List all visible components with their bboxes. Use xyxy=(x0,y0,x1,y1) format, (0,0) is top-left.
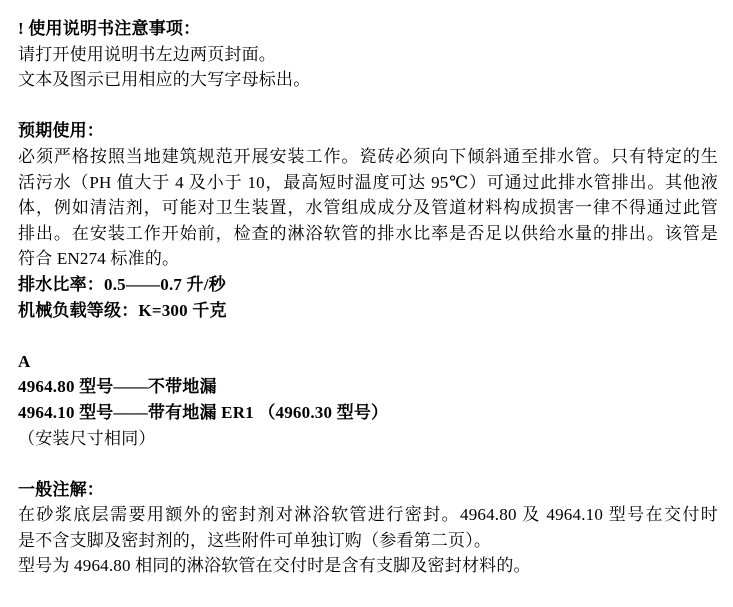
intended-use-heading: 预期使用： xyxy=(18,118,718,144)
spacer xyxy=(18,451,718,477)
intended-use-paragraph-line-4: 排出。在安装工作开始前，检查的淋浴软管的排水比率是否足以供给水量的排出。该管是 xyxy=(18,221,718,247)
general-notes-heading: 一般注解： xyxy=(18,477,718,503)
intended-use-paragraph-line-2: 活污水（PH 值大于 4 及小于 10，最高短时温度可达 95℃）可通过此排水管… xyxy=(18,170,718,196)
notice-heading: ! 使用说明书注意事项： xyxy=(18,16,718,42)
model-line-2: 4964.10 型号——带有地漏 ER1 （4960.30 型号） xyxy=(18,400,718,426)
load-class-line: 机械负载等级：K=300 千克 xyxy=(18,298,718,324)
intended-use-paragraph-line-5: 符合 EN274 标准的。 xyxy=(18,246,718,272)
spacer xyxy=(18,93,718,119)
general-notes-line-3: 型号为 4964.80 相同的淋浴软管在交付时是含有支脚及密封材料的。 xyxy=(18,553,718,579)
model-install-note: （安装尺寸相同） xyxy=(18,426,718,452)
general-notes-line-1: 在砂浆底层需要用额外的密封剂对淋浴软管进行密封。4964.80 及 4964.1… xyxy=(18,502,718,528)
intended-use-paragraph-line-3: 体，例如清洁剂，可能对卫生装置，水管组成成分及管道材料构成损害一律不得通过此管 xyxy=(18,195,718,221)
drain-rate-line: 排水比率：0.5——0.7 升/秒 xyxy=(18,272,718,298)
model-line-1: 4964.80 型号——不带地漏 xyxy=(18,374,718,400)
notice-line-2: 文本及图示已用相应的大写字母标出。 xyxy=(18,67,718,93)
models-section-label: A xyxy=(18,349,718,375)
spacer xyxy=(18,323,718,349)
manual-page: ! 使用说明书注意事项： 请打开使用说明书左边两页封面。 文本及图示已用相应的大… xyxy=(0,0,733,607)
intended-use-paragraph-line-1: 必须严格按照当地建筑规范开展安装工作。瓷砖必须向下倾斜通至排水管。只有特定的生 xyxy=(18,144,718,170)
notice-line-1: 请打开使用说明书左边两页封面。 xyxy=(18,42,718,68)
general-notes-line-2: 是不含支脚及密封剂的，这些附件可单独订购（参看第二页）。 xyxy=(18,528,718,554)
